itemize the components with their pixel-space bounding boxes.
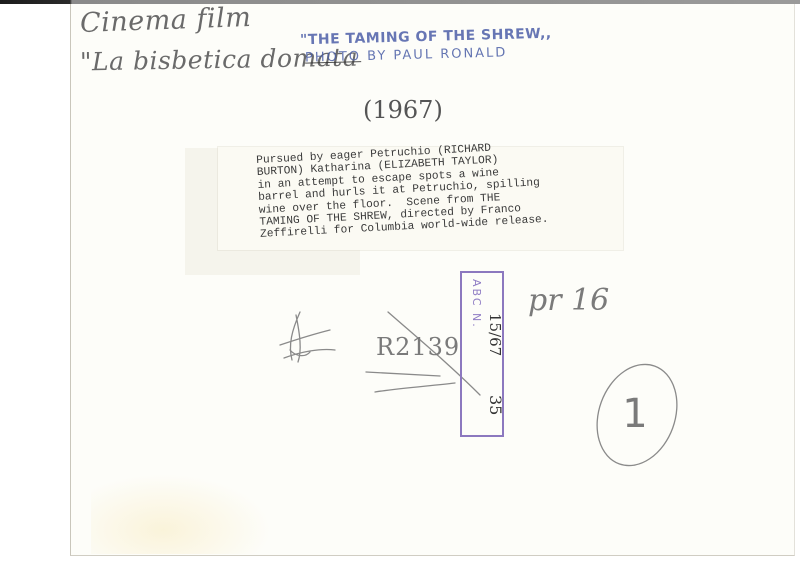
archive-stamp-page: 35 — [486, 395, 505, 415]
archive-stamp: ABC N. 15/67 35 — [460, 271, 504, 437]
pr-note: pr 16 — [528, 283, 609, 318]
signature-mark-icon — [280, 312, 335, 362]
reference-number: R2139 — [376, 333, 460, 361]
pencil-marks — [0, 0, 800, 566]
circled-number: 1 — [596, 362, 674, 466]
archive-stamp-number: 15/67 — [486, 313, 504, 356]
archive-stamp-label: ABC N. — [470, 279, 483, 329]
